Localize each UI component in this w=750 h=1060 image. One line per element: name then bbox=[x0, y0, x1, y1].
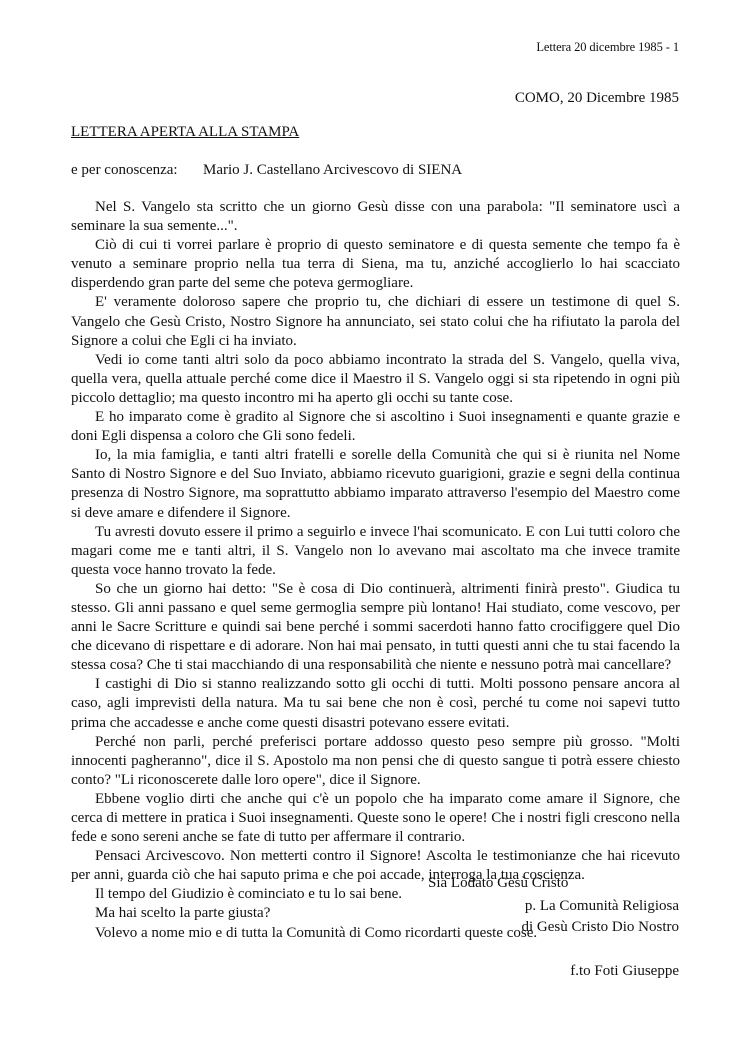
letter-body: Nel S. Vangelo sta scritto che un giorno… bbox=[71, 198, 680, 943]
letter-title: LETTERA APERTA ALLA STAMPA bbox=[71, 124, 299, 141]
paragraph: Ebbene voglio dirti che anche qui c'è un… bbox=[71, 790, 680, 847]
cc-recipient: Mario J. Castellano Arcivescovo di SIENA bbox=[203, 162, 462, 179]
paragraph: Perché non parli, perché preferisci port… bbox=[71, 733, 680, 790]
paragraph: Pensaci Arcivescovo. Non metterti contro… bbox=[71, 847, 680, 885]
paragraph: Ciò di cui ti vorrei parlare è proprio d… bbox=[71, 236, 680, 293]
paragraph: Io, la mia famiglia, e tanti altri frate… bbox=[71, 446, 680, 522]
sender-line-2: di Gesù Cristo Dio Nostro bbox=[522, 919, 680, 936]
signature: f.to Foti Giuseppe bbox=[570, 963, 679, 980]
paragraph: So che un giorno hai detto: "Se è cosa d… bbox=[71, 580, 680, 675]
place-date: COMO, 20 Dicembre 1985 bbox=[515, 90, 679, 107]
paragraph: E' veramente doloroso sapere che proprio… bbox=[71, 293, 680, 350]
sender-line-1: p. La Comunità Religiosa bbox=[525, 898, 679, 915]
paragraph: Vedi io come tanti altri solo da poco ab… bbox=[71, 351, 680, 408]
page-header-label: Lettera 20 dicembre 1985 - 1 bbox=[536, 40, 679, 55]
closing-salutation: Sia Lodato Gesù Cristo bbox=[428, 875, 568, 892]
paragraph: Nel S. Vangelo sta scritto che un giorno… bbox=[71, 198, 680, 236]
paragraph: I castighi di Dio si stanno realizzando … bbox=[71, 675, 680, 732]
cc-label: e per conoscenza: bbox=[71, 162, 203, 179]
paragraph: Tu avresti dovuto essere il primo a segu… bbox=[71, 523, 680, 580]
cc-line: e per conoscenza: Mario J. Castellano Ar… bbox=[71, 162, 462, 179]
paragraph: E ho imparato come è gradito al Signore … bbox=[71, 408, 680, 446]
